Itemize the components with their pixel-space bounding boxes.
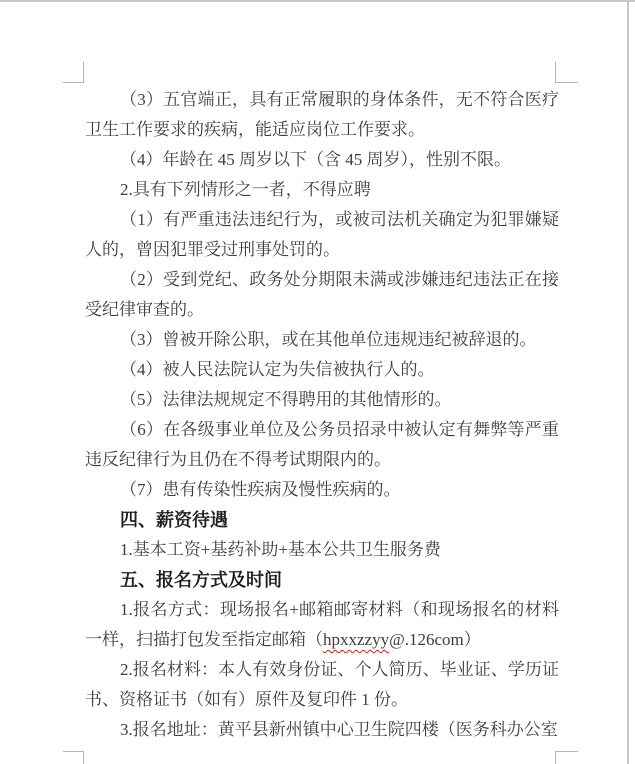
paragraph-text-segment: 1.报名方式：现场报名+邮箱邮寄材料（和现场报名的材料一样，扫描打包发至指定邮箱… bbox=[85, 600, 559, 649]
paragraph: （2）受到党纪、政务处分期限未满或涉嫌违纪违法正在接受纪律审查的。 bbox=[85, 265, 559, 325]
paragraph-text-segment: @.126com） bbox=[389, 630, 481, 649]
margin-mark-bottom-right bbox=[555, 751, 578, 764]
paragraph: （3）五官端正，具有正常履职的身体条件，无不符合医疗卫生工作要求的疾病，能适应岗… bbox=[85, 85, 559, 145]
margin-mark-top-right bbox=[555, 62, 578, 83]
paragraph: （7）患有传染性疾病及慢性疾病的。 bbox=[85, 475, 559, 505]
paragraph: 1.基本工资+基药补助+基本公共卫生服务费 bbox=[85, 535, 559, 565]
paragraph: （3）曾被开除公职，或在其他单位违规违纪被辞退的。 bbox=[85, 325, 559, 355]
paragraph: （5）法律法规规定不得聘用的其他情形的。 bbox=[85, 385, 559, 415]
paragraph: （1）有严重违法违纪行为，或被司法机关确定为犯罪嫌疑人的，曾因犯罪受过刑事处罚的… bbox=[85, 205, 559, 265]
margin-mark-bottom-left bbox=[63, 751, 84, 764]
section-heading: 四、薪资待遇 bbox=[85, 505, 559, 535]
paragraph: （6）在各级事业单位及公务员招录中被认定有舞弊等严重违反纪律行为且仍在不得考试期… bbox=[85, 415, 559, 475]
paragraph: 2.具有下列情形之一者，不得应聘 bbox=[85, 175, 559, 205]
paragraph: （4）年龄在 45 周岁以下（含 45 周岁），性别不限。 bbox=[85, 145, 559, 175]
email-address-misspelled: hpxxzzyy bbox=[323, 630, 389, 649]
document-page: （3）五官端正，具有正常履职的身体条件，无不符合医疗卫生工作要求的疾病，能适应岗… bbox=[0, 0, 635, 764]
paragraph: 2.报名材料：本人有效身份证、个人简历、毕业证、学历证书、资格证书（如有）原件及… bbox=[85, 655, 559, 715]
page-top-edge bbox=[0, 0, 635, 2]
section-heading: 五、报名方式及时间 bbox=[85, 565, 559, 595]
paragraph: 1.报名方式：现场报名+邮箱邮寄材料（和现场报名的材料一样，扫描打包发至指定邮箱… bbox=[85, 595, 559, 655]
document-body: （3）五官端正，具有正常履职的身体条件，无不符合医疗卫生工作要求的疾病，能适应岗… bbox=[85, 85, 559, 745]
paragraph: 3.报名地址：黄平县新州镇中心卫生院四楼（医务科办公室 bbox=[85, 715, 559, 745]
paragraph: （4）被人民法院认定为失信被执行人的。 bbox=[85, 355, 559, 385]
margin-mark-top-left bbox=[63, 62, 84, 83]
page-right-edge bbox=[627, 0, 629, 764]
